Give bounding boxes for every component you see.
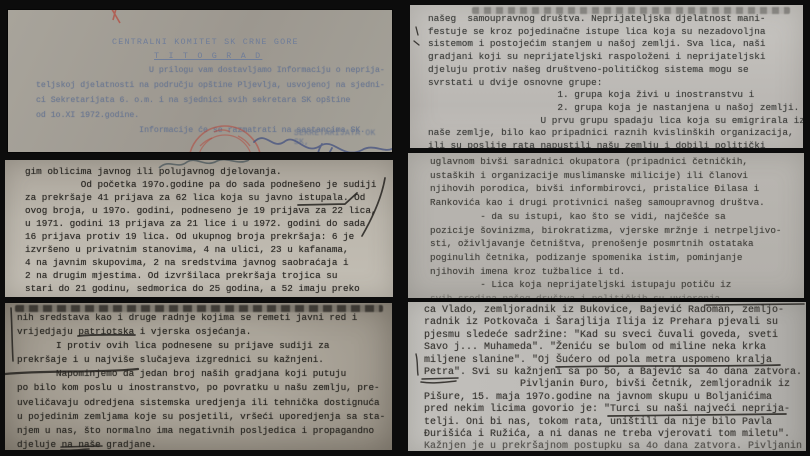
text-line: ci Sekretarijata 6. o.m. i na sjednici s… [36,93,385,108]
text-line: sti, oživljavanje četništva, prenošenje … [430,237,781,251]
scanned-page-travellers-paragraph: nih sredstava kao i druge radnje kojima … [5,303,392,450]
text-line: svih sredina našeg društva i političkih … [430,292,781,298]
text-line: pozicije šovinizma, birokratizma, vjersk… [430,224,781,238]
text-line: - Lica koja neprijateljski istupaju poti… [430,278,781,292]
text-line: gradjani koji su neprijateljski raspolož… [428,51,803,64]
pen-marks [5,303,392,450]
text-line: 2. grupa koja je nastanjena u našoj zeml… [428,102,803,115]
document-text: našeg samoupravnog društva. Neprijateljs… [428,13,803,148]
document-collage: { "colors": { "frame-black": "#0c0c0c", … [0,0,810,456]
pen-marks [5,160,393,297]
signature-scribble-icon [236,120,392,152]
text-line: ili su poslije rata napustili našu zemlj… [428,140,803,148]
scanned-page-cover-letter: CENTRALNI KOMITET SK CRNE GORE T I T O G… [8,10,392,152]
scanned-page-misdemeanor-statistics: gim oblicima javnog ili polujavnog djelo… [5,160,393,297]
document-text: uglavnom bivši saradnici okupatora (prip… [430,155,781,298]
text-line: - da su istupi, kao što se vidi, najčešć… [430,210,781,224]
red-pen-mark [96,10,136,26]
scanned-page-hostile-positions: uglavnom bivši saradnici okupatora (prip… [408,153,804,298]
text-line: poginulih četnika, podizanje spomenika i… [430,251,781,265]
text-line: naše zemlje, bilo kao pripadnici raznih … [428,127,803,140]
text-line: U prilogu vam dostavljamo Informaciju o … [36,63,385,78]
text-line: Rankovića kao i drugi protivnici našeg s… [430,196,781,210]
margin-pen-mark [412,25,424,49]
text-line: sistemom i postojećim stanjem u našoj ze… [428,38,803,51]
text-line: 1. grupa koja živi u inostranstvu i [428,89,803,102]
pen-marks [408,302,806,451]
text-line: uglavnom bivši saradnici okupatora (prip… [430,155,781,169]
scanned-page-enemy-activity-groups: našeg samoupravnog društva. Neprijateljs… [410,5,803,148]
text-line: našeg samoupravnog društva. Neprijateljs… [428,13,803,26]
text-line: njihovih porodica, bivši informbirovci, … [430,182,781,196]
text-line: festuje se kroz pojedinačne istupe lica … [428,26,803,39]
text-line: teljskoj djelatnosti na području opštine… [36,78,385,93]
document-heading: CENTRALNI KOMITET SK CRNE GORE [112,37,299,47]
text-line: svrstati u dvije osnovne grupe: [428,77,803,90]
text-line: djeluju protiv našeg društveno-političko… [428,64,803,77]
scanned-page-incidents-pivljanin: ca Vlado, zemljoradnik iz Bukovice, Baje… [408,302,806,451]
text-line: ustaških i organizacije muslimanske mili… [430,169,781,183]
document-place-heading: T I T O G R A D [154,51,262,61]
text-line: U prvu grupu spadaju lica koja su emigri… [428,115,803,128]
text-line: njihovih imena kroz tužbalice i td. [430,265,781,279]
